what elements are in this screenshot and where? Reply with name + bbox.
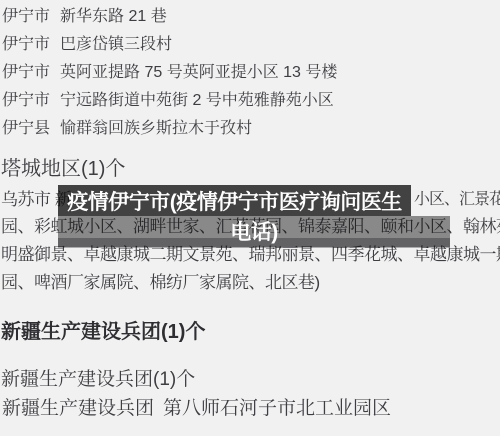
city-label: 伊宁市 [2,6,50,28]
location-row: 伊宁县 愉群翁回族乡斯拉木于孜村 [2,118,252,140]
address-label: 巴彦岱镇三段村 [60,34,172,56]
watermark-title-line1: 疫情伊宁市(疫情伊宁市医疗询问医生 [67,186,402,216]
city-label: 伊宁市 [2,34,50,56]
location-row: 伊宁市 英阿亚提路 75 号英阿亚提小区 13 号楼 [2,62,337,84]
org-label: 新疆生产建设兵团 [2,397,154,421]
city-label: 伊宁市 [2,90,50,112]
address-label: 英阿亚提路 75 号英阿亚提小区 13 号楼 [60,62,337,84]
location-row: 伊宁市 宁远路街道中苑街 2 号中苑雅静苑小区 [2,90,334,112]
address-label: 新华东路 21 巷 [60,6,167,28]
wusu-row-line4: 园、啤酒厂家属院、棉纺厂家属院、北区巷) [1,271,500,295]
location-row: 伊宁市 巴彦岱镇三段村 [2,34,172,56]
address-label: 愉群翁回族乡斯拉木于孜村 [60,118,252,140]
wusu-row-suffix: 小区、汇景花 [414,188,500,212]
address-label: 第八师石河子市北工业园区 [163,397,391,421]
city-label: 伊宁市 [2,62,50,84]
section-header-bingtuan: 新疆生产建设兵团(1)个 [1,320,205,344]
city-label: 伊宁县 [2,118,50,140]
watermark-title-line2: 电话) [230,216,278,246]
location-row: 伊宁市 新华东路 21 巷 [2,6,167,28]
watermark-title-line2-box: 电话) [58,215,450,246]
watermark-title-line1-box: 疫情伊宁市(疫情伊宁市医疗询问医生 [58,185,411,216]
epidemic-location-page: 伊宁市 新华东路 21 巷 伊宁市 巴彦岱镇三段村 伊宁市 英阿亚提路 75 号… [0,0,500,436]
address-label: 宁远路街道中苑街 2 号中苑雅静苑小区 [60,90,334,112]
bingtuan-subheader: 新疆生产建设兵团(1)个 [1,368,195,392]
section-header-tacheng: 塔城地区(1)个 [1,157,125,181]
bingtuan-location-row: 新疆生产建设兵团 第八师石河子市北工业园区 [2,397,391,421]
